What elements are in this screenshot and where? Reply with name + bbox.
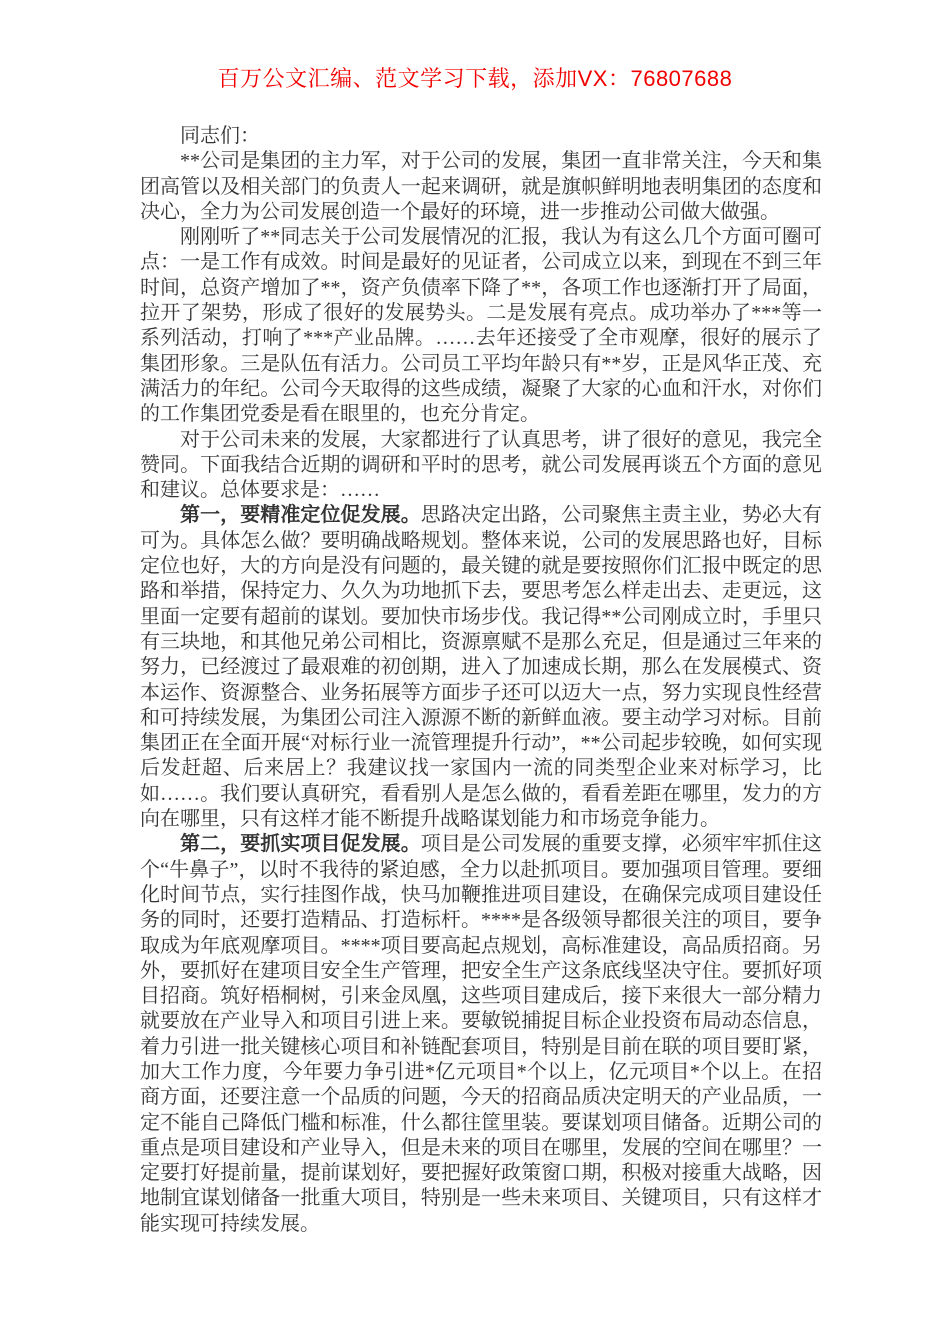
text-run: **公司是集团的主力军，对于公司的发展，集团一直非常关注，今天和集团高管以及相关… [140,150,822,223]
paragraph: 同志们： [140,124,822,149]
paragraph: **公司是集团的主力军，对于公司的发展，集团一直非常关注，今天和集团高管以及相关… [140,149,822,225]
paragraph: 第二，要抓实项目促发展。项目是公司发展的重要支撑，必须牢牢抓住这个“牛鼻子”，以… [140,832,822,1237]
paragraph-heading-run: 第二，要抓实项目促发展。 [180,833,421,855]
text-run: 思路决定出路，公司聚焦主责主业，势必大有可为。具体怎么做？要明确战略规划。整体来… [140,504,822,830]
text-run: 项目是公司发展的重要支撑，必须牢牢抓住这个“牛鼻子”，以时不我待的紧迫感，全力以… [140,833,822,1234]
document-page: 百万公文汇编、范文学习下载，添加VX：76807688 同志们：**公司是集团的… [0,0,950,1344]
paragraph: 对于公司未来的发展，大家都进行了认真思考，讲了很好的意见，我完全赞同。下面我结合… [140,428,822,504]
promo-banner: 百万公文汇编、范文学习下载，添加VX：76807688 [0,62,950,93]
text-run: 同志们： [180,125,260,147]
document-body: 同志们：**公司是集团的主力军，对于公司的发展，集团一直非常关注，今天和集团高管… [140,124,822,1237]
text-run: 对于公司未来的发展，大家都进行了认真思考，讲了很好的意见，我完全赞同。下面我结合… [140,429,822,502]
text-run: 刚刚听了**同志关于公司发展情况的汇报，我认为有这么几个方面可圈可点：一是工作有… [140,226,822,425]
paragraph: 第一，要精准定位促发展。思路决定出路，公司聚焦主责主业，势必大有可为。具体怎么做… [140,503,822,832]
paragraph-heading-run: 第一，要精准定位促发展。 [180,504,421,526]
paragraph: 刚刚听了**同志关于公司发展情况的汇报，我认为有这么几个方面可圈可点：一是工作有… [140,225,822,427]
